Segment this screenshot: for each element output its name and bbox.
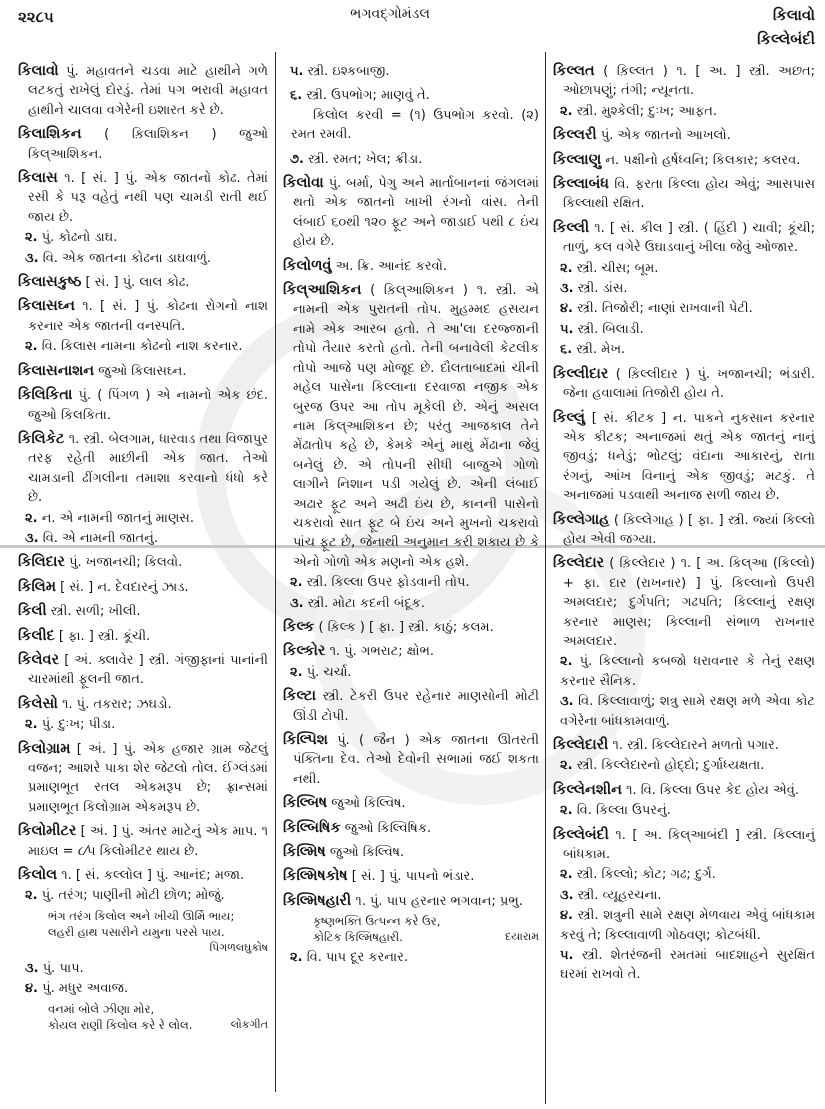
guide-word-first: કિલાવો bbox=[757, 3, 815, 27]
definition: ૧. પું. તકરાર; ઝઘડો. bbox=[62, 697, 172, 712]
sense-text: વિ. એ નામની જાતનું. bbox=[43, 531, 158, 546]
sense-text: વિ. કિલ્લાવાળું; શત્રુ સામે રક્ષણ મળે એવ… bbox=[560, 694, 815, 728]
headword: કિલોલ bbox=[18, 867, 57, 883]
dictionary-entry: કિલ્લેબંદી ૧. [ અ. કિલ્આબંદી ] સ્ત્રી. ક… bbox=[553, 826, 815, 865]
dictionary-entry: કિલ્લાણુ ન. પક્ષીનો હર્ષધ્વનિ; કિલકાર; ક… bbox=[553, 151, 815, 170]
dictionary-entry: કિલ્પિશ પું. ( જૈન ) એક જાતના ઊતરતી પંક્… bbox=[283, 731, 539, 789]
sense: ૪. પું. મધુર અવાજ. bbox=[18, 979, 268, 998]
dictionary-entry: કિલેવર [ અં. ક્લાવેર ] સ્ત્રી. ગંજીફાનાં… bbox=[18, 651, 268, 690]
headword: કિલાસઘ્ન bbox=[18, 298, 75, 314]
definition: [ અં. ક્લાવેર ] સ્ત્રી. ગંજીફાનાં પાનાંન… bbox=[28, 653, 268, 687]
sense-number: ૨. bbox=[25, 230, 38, 245]
headword: કિલ્લેબંદી bbox=[553, 827, 609, 843]
dictionary-entry: કિલ્મિષ જુઓ કિલ્વિષ. bbox=[283, 843, 539, 862]
definition: ૧. વિ. કિલ્લા ઉપર કેદ હોય એવું. bbox=[626, 783, 799, 798]
headword: કિલાસ bbox=[18, 170, 58, 186]
sense-number: ૫. bbox=[560, 322, 573, 337]
definition: ૧. સ્ત્રી. કિલ્લેદારને મળતો પગાર. bbox=[612, 738, 778, 753]
headword: કિલ્બિષ bbox=[283, 795, 327, 811]
sense-text: સ્ત્રી. શેતરંજની રમતમાં બાદશાહને સુરક્ષિ… bbox=[560, 948, 815, 982]
dictionary-entry: કિલિકેટ ૧. સ્ત્રી. બેલગામ, ધારવાડ તથા વિ… bbox=[18, 430, 268, 508]
dictionary-entry: કિલિમ [ સં. ] ન. દેવદારનું ઝાડ. bbox=[18, 578, 268, 597]
dictionary-entry: કિલોલ ૧. [ સં. કલ્લોલ ] પું. આનંદ; મજા. bbox=[18, 866, 268, 885]
sense-text: સ્ત્રી. મેખ. bbox=[576, 342, 625, 357]
quotation: ભંગ તરંગ કિલોલ અને ખીચી ઊર્મિ ભાય; લહરી … bbox=[18, 908, 268, 956]
sense-text: સ્ત્રી. રમત; ખેલ; ક્રીડા. bbox=[308, 152, 422, 167]
sense: ૫. સ્ત્રી. ઇશ્કબાજી. bbox=[283, 62, 539, 81]
dictionary-entry: કિલ્આશિકન ( ક઼િલ્આશિકન ) ૧. સ્ત્રી. એ ના… bbox=[283, 281, 539, 572]
sense-number: ૫. bbox=[560, 948, 573, 963]
quote-source: લોકગીત bbox=[231, 1017, 268, 1033]
guide-word-last: કિલ્લેબંદી bbox=[757, 27, 815, 51]
dictionary-entry: કિલ્લેદાર ( ક઼િલ્લેદાર ) ૧. [ અ. કિલ્આ (… bbox=[553, 554, 815, 651]
headword: કિલ્લાબંધ bbox=[553, 176, 609, 192]
dictionary-entry: કિલાસનાશન જુઓ કિલાસઘ્ન. bbox=[18, 362, 268, 381]
dictionary-entry: કિલોગ્રામ [ અં. ] પું. એક હજાર ગ્રામ જેટ… bbox=[18, 740, 268, 818]
column-divider bbox=[275, 52, 276, 1092]
sense: ૨. સ્ત્રી. મુશ્કેલી; દુઃખ; આફત. bbox=[553, 102, 815, 121]
sense: ૨. પું. દુઃખ; પીડા. bbox=[18, 715, 268, 734]
sense: ૨. સ્ત્રી. કિલ્લો; કોટ; ગઢ; દુર્ગ. bbox=[553, 865, 815, 884]
sense: ૬. સ્ત્રી. ઉપભોગ; માણવું તે. bbox=[283, 86, 539, 105]
headword: કિલેવર bbox=[18, 652, 59, 668]
sense: ૩. પું. પાપ. bbox=[18, 959, 268, 978]
sense-text: સ્ત્રી. વ્યૂહરચના. bbox=[578, 888, 662, 903]
definition: અ. ક્રિ. આનંદ કરવો. bbox=[336, 259, 447, 274]
sense-number: ૨. bbox=[560, 104, 573, 119]
definition: જુઓ કિલ્વિષિક. bbox=[345, 821, 431, 836]
sense: ૨. વિ. પાપ દૂર કરનાર. bbox=[283, 948, 539, 967]
sense-number: ૫. bbox=[290, 64, 303, 79]
definition: [ સં. ] ન. દેવદારનું ઝાડ. bbox=[60, 580, 188, 595]
headword: કિલ્લત bbox=[553, 63, 595, 79]
sense-text: સ્ત્રી. કિલ્લો; કોટ; ગઢ; દુર્ગ. bbox=[577, 867, 716, 882]
sense-number: ૪. bbox=[560, 908, 573, 923]
sense-text: સ્ત્રી. કિલ્લેદારનો હોદ્દો; દુર્ગાધ્યક્ષ… bbox=[577, 758, 765, 773]
definition: [ ફા. ] સ્ત્રી. કૂંચી. bbox=[59, 629, 150, 644]
quote-source: દયારામ bbox=[505, 929, 539, 945]
sense: ૨. પું. ચર્ચા. bbox=[283, 663, 539, 682]
sense-text: સ્ત્રી. કિલ્લા ઉપર ફોડવાની તોપ. bbox=[307, 575, 470, 590]
quote-line: ભંગ તરંગ કિલોલ અને ખીચી ઊર્મિ ભાય; bbox=[48, 908, 268, 924]
headword: કિલાસનાશન bbox=[18, 363, 94, 379]
sense-text: સ્ત્રી. ઇશ્કબાજી. bbox=[308, 64, 390, 79]
dictionary-entry: કિલ્લી ૧. [ સં. કીલ ] સ્ત્રી. ( હિંદી ) … bbox=[553, 219, 815, 258]
sense-text: પું. દુઃખ; પીડા. bbox=[42, 717, 116, 732]
sense: ૩. સ્ત્રી. વ્યૂહરચના. bbox=[553, 886, 815, 905]
headword: કિલ્ક bbox=[283, 619, 314, 635]
definition: [ સં. કીટક ] ન. પાકને નુકસાન કરનાર એક કી… bbox=[563, 411, 815, 504]
sense-number: ૩. bbox=[25, 251, 39, 266]
definition: જુઓ કિલ્વિષ. bbox=[330, 845, 404, 860]
headword: કિલ્લેનશીન bbox=[553, 782, 622, 798]
dictionary-entry: કિલેસો ૧. પું. તકરાર; ઝઘડો. bbox=[18, 695, 268, 714]
quotation: કૃષ્ણભક્તિ ઉત્પન્ન કરે ઉર, દયારામકોટિક ક… bbox=[283, 913, 539, 945]
headword: કિલિકિતા bbox=[18, 387, 72, 403]
headword: કિલ્લીદાર bbox=[553, 366, 608, 382]
sense: ૩. વિ. એક જાતના કોઢના ડાઘવાળું. bbox=[18, 249, 268, 268]
definition: જુઓ કિલ્વિષ. bbox=[331, 796, 405, 811]
sense: ૨. પું. કિલ્લાનો કબજો ધરાવનાર કે તેનું ર… bbox=[553, 652, 815, 691]
sense: ૨. વિ. કિલાસ નામના કોઢનો નાશ કરનાર. bbox=[18, 337, 268, 356]
sense-number: ૩. bbox=[25, 961, 39, 976]
dictionary-entry: કિલ્લેગાહ ( ક઼િલ્લેગાહ ) [ ફા. ] સ્ત્રી.… bbox=[553, 511, 815, 550]
dictionary-entry: કિલોળવું અ. ક્રિ. આનંદ કરવો. bbox=[283, 257, 539, 276]
sense-number: ૨. bbox=[290, 665, 303, 680]
dictionary-entry: કિલ્બિષિક જુઓ કિલ્વિષિક. bbox=[283, 819, 539, 838]
sense-text: વિ. પાપ દૂર કરનાર. bbox=[307, 950, 408, 965]
sense-number: ૨. bbox=[560, 758, 573, 773]
headword: કિલિકેટ bbox=[18, 431, 64, 447]
sense-text: સ્ત્રી. બિલાડી. bbox=[578, 322, 644, 337]
dictionary-entry: કિલ્લેદારી ૧. સ્ત્રી. કિલ્લેદારને મળતો પ… bbox=[553, 736, 815, 755]
dictionary-entry: કિલાવો પું. મહાવતને ચડવા માટે હાથીને ગળે… bbox=[18, 62, 268, 120]
quote-line: વનમાં બોલે ઝીણા મોર, bbox=[48, 1001, 268, 1017]
headword: કિલોવા bbox=[283, 175, 324, 191]
sense: ૩. સ્ત્રી. મોટા કદની બંદૂક. bbox=[283, 594, 539, 613]
sense-number: ૩. bbox=[25, 531, 39, 546]
page-number: ૨૨૮૫ bbox=[18, 8, 54, 26]
quote-line: કોયલ રાણી કિલોલ કરે રે લોલ. bbox=[48, 1018, 192, 1032]
guide-words: કિલાવો કિલ્લેબંદી bbox=[757, 3, 815, 51]
dictionary-entry: કિલ્મિષકોષ [ સં. ] પું. પાપનો ભંડાર. bbox=[283, 867, 539, 886]
definition: ( ક઼િલ્લત ) ૧. [ અ. ] સ્ત્રી. અછત; ઓછાપણ… bbox=[563, 64, 815, 98]
definition: ૧. પું. પાપ હરનાર ભગવાન; પ્રભુ. bbox=[355, 894, 523, 909]
usage-example: કિલોલ કરવી = (૧) ઉપભોગ કરવો. (૨) રમત રમવ… bbox=[283, 106, 539, 145]
column-divider bbox=[545, 52, 546, 1104]
sense-text: પું. ચર્ચા. bbox=[307, 665, 352, 680]
quote-line: કોટિક કિલ્મિષહારી. bbox=[313, 930, 403, 944]
definition: [ સં. ] પું. લાલ કોઢ. bbox=[86, 275, 190, 290]
headword: કિલ્કોર bbox=[283, 643, 325, 659]
definition: પું. એક જાતનો આખલો. bbox=[601, 128, 731, 143]
headword: કિલ્લેદાર bbox=[553, 555, 604, 571]
quote-line: કૃષ્ણભક્તિ ઉત્પન્ન કરે ઉર, bbox=[313, 913, 539, 929]
sense: ૩. વિ. એ નામની જાતનું. bbox=[18, 529, 268, 548]
sense: ૫. સ્ત્રી. બિલાડી. bbox=[553, 320, 815, 339]
dictionary-entry: કિલાસકુષ્ઠ [ સં. ] પું. લાલ કોઢ. bbox=[18, 273, 268, 292]
headword: કિલ્લેદારી bbox=[553, 737, 608, 753]
definition: ન. પક્ષીનો હર્ષધ્વનિ; કિલકાર; કલરવ. bbox=[605, 153, 800, 168]
headword: કિલોમીટર bbox=[18, 823, 76, 839]
dictionary-entry: કિલ્બિષ જુઓ કિલ્વિષ. bbox=[283, 794, 539, 813]
sense: ૨. પું. તરંગ; પાણીની મોટી છોળ; મોજું. bbox=[18, 886, 268, 905]
definition: જુઓ કિલાસઘ્ન. bbox=[98, 364, 186, 379]
dictionary-entry: કિલીદ [ ફા. ] સ્ત્રી. કૂંચી. bbox=[18, 627, 268, 646]
sense-number: ૨. bbox=[25, 888, 38, 903]
sense: ૨. ન. એ નામની જાતનું માણસ. bbox=[18, 509, 268, 528]
sense-number: ૩. bbox=[560, 888, 574, 903]
sense-text: પું. કોઢનો ડાઘ. bbox=[42, 230, 118, 245]
definition: ૧. [ સં. કલ્લોલ ] પું. આનંદ; મજા. bbox=[61, 868, 244, 883]
dictionary-entry: કિલ્લરી પું. એક જાતનો આખલો. bbox=[553, 126, 815, 145]
headword: કિલ્લરી bbox=[553, 127, 597, 143]
sense: ૨. સ્ત્રી. કિલ્લા ઉપર ફોડવાની તોપ. bbox=[283, 573, 539, 592]
dictionary-entry: કિલાસઘ્ન ૧. [ સં. ] પું. કોઢના રોગનો નાશ… bbox=[18, 297, 268, 336]
quote-source: પિંગળલઘુકોષ bbox=[48, 940, 268, 956]
sense-number: ૩. bbox=[290, 596, 304, 611]
headword: કિલોળવું bbox=[283, 258, 331, 274]
sense-number: ૨. bbox=[560, 261, 573, 276]
sense-number: ૩. bbox=[560, 694, 574, 709]
headword: કિલ્લી bbox=[553, 220, 589, 236]
headword: કિલેસો bbox=[18, 696, 58, 712]
headword: કિલાવો bbox=[18, 63, 59, 79]
sense-text: પું. કિલ્લાનો કબજો ધરાવનાર કે તેનું રક્ષ… bbox=[560, 654, 815, 688]
sense-text: વિ. કિલાસ નામના કોઢનો નાશ કરનાર. bbox=[42, 339, 243, 354]
sense-number: ૪. bbox=[25, 981, 38, 996]
sense-text: સ્ત્રી. ઉપભોગ; માણવું તે. bbox=[306, 88, 429, 103]
quote-line-wrap: દયારામકોટિક કિલ્મિષહારી. bbox=[313, 929, 539, 945]
sense-number: ૨. bbox=[290, 950, 303, 965]
headword: કિલાસકુષ્ઠ bbox=[18, 274, 81, 290]
sense-text: સ્ત્રી. શત્રુની સામે રક્ષણ મેળવાય એવું બ… bbox=[560, 908, 815, 942]
sense: ૩. વિ. કિલ્લાવાળું; શત્રુ સામે રક્ષણ મળે… bbox=[553, 692, 815, 731]
headword: કિલી bbox=[18, 603, 47, 619]
sense: ૬. સ્ત્રી. મેખ. bbox=[553, 340, 815, 359]
sense: ૨. સ્ત્રી. કિલ્લેદારનો હોદ્દો; દુર્ગાધ્ય… bbox=[553, 756, 815, 775]
sense-text: ન. એ નામની જાતનું માણસ. bbox=[42, 511, 194, 526]
headword: કિલ્ટા bbox=[283, 688, 316, 704]
sense: ૨. પું. કોઢનો ડાઘ. bbox=[18, 228, 268, 247]
quote-line-wrap: લોકગીતકોયલ રાણી કિલોલ કરે રે લોલ. bbox=[48, 1017, 268, 1033]
sense-number: ૪. bbox=[560, 301, 573, 316]
sense: ૪. સ્ત્રી. શત્રુની સામે રક્ષણ મેળવાય એવુ… bbox=[553, 906, 815, 945]
headword: કિલીદ bbox=[18, 628, 55, 644]
headword: કિલ્પિશ bbox=[283, 732, 328, 748]
sense: ૫. સ્ત્રી. શેતરંજની રમતમાં બાદશાહને સુરક… bbox=[553, 946, 815, 985]
sense-number: ૨. bbox=[560, 803, 573, 818]
sense-number: ૨. bbox=[560, 654, 573, 669]
sense-number: ૨. bbox=[25, 717, 38, 732]
sense-number: ૬. bbox=[560, 342, 572, 357]
definition: પું. ( જૈન ) એક જાતના ઊતરતી પંક્તિના દેવ… bbox=[293, 733, 539, 787]
headword: કિલિદાર bbox=[18, 554, 65, 570]
sense: ૪. સ્ત્રી. તિજોરી; નાણાં રાખવાની પેટી. bbox=[553, 299, 815, 318]
sense-number: ૨. bbox=[25, 339, 38, 354]
dictionary-entry: કિલાશિકન ( ક઼િલાશિકન ) જુઓ કિલ્આશિકન. bbox=[18, 125, 268, 164]
sense-number: ૭. bbox=[290, 152, 304, 167]
headword: કિલોગ્રામ bbox=[18, 741, 70, 757]
dictionary-entry: કિલ્લાબંધ વિ. ફરતા કિલ્લા હોય એવું; આસપા… bbox=[553, 175, 815, 214]
sense-number: ૬. bbox=[290, 88, 302, 103]
dictionary-entry: કિલ્ટા સ્ત્રી. ટેકરી ઉપર રહેનાર માણસોની … bbox=[283, 687, 539, 726]
sense-number: ૨. bbox=[290, 575, 303, 590]
sense-text: વિ. કિલ્લા ઉપરનું. bbox=[577, 803, 671, 818]
sense-text: સ્ત્રી. ચીસ; બૂમ. bbox=[577, 261, 659, 276]
sense-text: પું. મધુર અવાજ. bbox=[42, 981, 128, 996]
sense: ૨. સ્ત્રી. ચીસ; બૂમ. bbox=[553, 259, 815, 278]
definition: ૧. [ સં. ] પું. એક જાતનો કોઢ. તેમાં રસી … bbox=[28, 171, 268, 225]
sense: ૩. સ્ત્રી. ડાંસ. bbox=[553, 279, 815, 298]
sense-text: પું. પાપ. bbox=[43, 961, 84, 976]
dictionary-entry: કિલી સ્ત્રી. સળી; ખીલી. bbox=[18, 602, 268, 621]
dictionary-entry: કિલાસ ૧. [ સં. ] પું. એક જાતનો કોઢ. તેમા… bbox=[18, 169, 268, 227]
definition: પું. મહાવતને ચડવા માટે હાથીને ગળે લટકતું… bbox=[28, 64, 268, 118]
headword: કિલિમ bbox=[18, 579, 56, 595]
dictionary-entry: કિલિદાર પું. ખજાનચી; કિલવો. bbox=[18, 553, 268, 572]
sense-text: સ્ત્રી. તિજોરી; નાણાં રાખવાની પેટી. bbox=[577, 301, 753, 316]
headword: કિલ્લેગાહ bbox=[553, 512, 609, 528]
sense-text: સ્ત્રી. મુશ્કેલી; દુઃખ; આફત. bbox=[577, 104, 717, 119]
definition: ૧. પું. ગભરાટ; ક્ષોભ. bbox=[330, 644, 434, 659]
column-2: ૫. સ્ત્રી. ઇશ્કબાજી. ૬. સ્ત્રી. ઉપભોગ; મ… bbox=[283, 62, 539, 968]
quote-line: લહરી હાથ પસારીને યમુના પરસે પાય. bbox=[48, 924, 268, 940]
sense: ૭. સ્ત્રી. રમત; ખેલ; ક્રીડા. bbox=[283, 150, 539, 169]
dictionary-entry: કિલ્ક ( ક઼િલ્ક ) [ ફા. ] સ્ત્રી. કાઠું; … bbox=[283, 618, 539, 637]
dictionary-title: ભગવદ્ગોમંડલ bbox=[300, 6, 480, 22]
headword: કિલ્લું bbox=[553, 410, 585, 426]
headword: કિલ્બિષિક bbox=[283, 820, 341, 836]
headword: કિલ્મિષહારી bbox=[283, 893, 351, 909]
sense-number: ૩. bbox=[560, 281, 574, 296]
dictionary-entry: કિલ્લીદાર ( ક઼િલ્લીદાર ) પું. ખજાનચી; ભં… bbox=[553, 365, 815, 404]
headword: કિલ્લાણુ bbox=[553, 152, 601, 168]
definition: ( ક઼િલ્આશિકન ) ૧. સ્ત્રી. એ નામની એક પુર… bbox=[293, 283, 539, 570]
definition: સ્ત્રી. સળી; ખીલી. bbox=[51, 604, 141, 619]
headword: કિલ્મિષ bbox=[283, 844, 326, 860]
headword: કિલાશિકન bbox=[18, 126, 82, 142]
sense: ૨. વિ. કિલ્લા ઉપરનું. bbox=[553, 801, 815, 820]
quotation: વનમાં બોલે ઝીણા મોર, લોકગીતકોયલ રાણી કિલ… bbox=[18, 1001, 268, 1033]
dictionary-entry: કિલોવા પું. બર્મા, પેગુ અને માર્તાબાનનાં… bbox=[283, 174, 539, 252]
sense-number: ૨. bbox=[25, 511, 38, 526]
dictionary-entry: કિલોમીટર [ અં. ] પું. અંતર માટેનું એક મા… bbox=[18, 822, 268, 861]
definition: [ સં. ] પું. પાપનો ભંડાર. bbox=[352, 869, 475, 884]
headword: કિલ્મિષકોષ bbox=[283, 868, 348, 884]
headword: કિલ્આશિકન bbox=[283, 282, 361, 298]
definition: ( ક઼િલ્ક ) [ ફા. ] સ્ત્રી. કાઠું; કલમ. bbox=[318, 620, 493, 635]
sense-text: વિ. એક જાતના કોઢના ડાઘવાળું. bbox=[43, 251, 211, 266]
dictionary-entry: કિલ્લું [ સં. કીટક ] ન. પાકને નુકસાન કરન… bbox=[553, 409, 815, 506]
sense-text: સ્ત્રી. મોટા કદની બંદૂક. bbox=[308, 596, 425, 611]
definition: પું. ખજાનચી; કિલવો. bbox=[69, 555, 182, 570]
dictionary-entry: કિલ્મિષહારી ૧. પું. પાપ હરનાર ભગવાન; પ્ર… bbox=[283, 892, 539, 911]
dictionary-entry: કિલિકિતા પું. ( પિંગળ ) એ નામનો એક છંદ. … bbox=[18, 386, 268, 425]
sense-number: ૨. bbox=[560, 867, 573, 882]
definition: ૧. [ સં. કીલ ] સ્ત્રી. ( હિંદી ) ચાવી; ક… bbox=[563, 221, 815, 255]
column-3: કિલ્લત ( ક઼િલ્લત ) ૧. [ અ. ] સ્ત્રી. અછત… bbox=[553, 62, 815, 985]
dictionary-entry: કિલ્લેનશીન ૧. વિ. કિલ્લા ઉપર કેદ હોય એવુ… bbox=[553, 781, 815, 800]
dictionary-entry: કિલ્લત ( ક઼િલ્લત ) ૧. [ અ. ] સ્ત્રી. અછત… bbox=[553, 62, 815, 101]
sense-text: સ્ત્રી. ડાંસ. bbox=[578, 281, 628, 296]
definition: પું. બર્મા, પેગુ અને માર્તાબાનનાં જંગલમા… bbox=[293, 176, 539, 249]
dictionary-entry: કિલ્કોર ૧. પું. ગભરાટ; ક્ષોભ. bbox=[283, 642, 539, 661]
definition: સ્ત્રી. ટેકરી ઉપર રહેનાર માણસોની મોટી ઊં… bbox=[293, 689, 539, 723]
definition: ૧. સ્ત્રી. બેલગામ, ધારવાડ તથા વિજાપુર તર… bbox=[28, 432, 268, 505]
column-1: કિલાવો પું. મહાવતને ચડવા માટે હાથીને ગળે… bbox=[18, 62, 268, 1036]
sense-text: પું. તરંગ; પાણીની મોટી છોળ; મોજું. bbox=[42, 888, 225, 903]
